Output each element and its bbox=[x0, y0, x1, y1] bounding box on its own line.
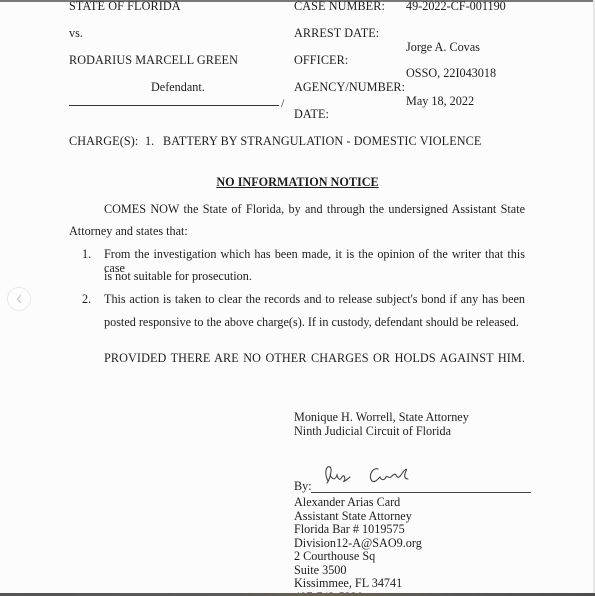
address-street: 2 Courthouse Sq bbox=[294, 550, 422, 564]
attorney-contact-block: Alexander Arias Card Assistant State Att… bbox=[294, 496, 422, 596]
division-email: Division12-A@SAO9.org bbox=[294, 537, 422, 551]
florida-bar-number: Florida Bar # 1019575 bbox=[294, 523, 422, 537]
charge-number: 1. bbox=[145, 134, 154, 148]
intro-line-2: Attorney and states that: bbox=[69, 224, 188, 238]
case-number-value: 49-2022-CF-001190 bbox=[406, 0, 506, 13]
date-value: May 18, 2022 bbox=[406, 94, 474, 108]
date-label: DATE: bbox=[294, 107, 329, 121]
item-2-number: 2. bbox=[82, 292, 91, 306]
notice-title: NO INFORMATION NOTICE bbox=[0, 175, 595, 190]
agency-label: AGENCY/NUMBER: bbox=[294, 80, 405, 94]
address-suite: Suite 3500 bbox=[294, 564, 422, 578]
by-label: By: bbox=[294, 479, 312, 493]
charges-label: CHARGE(S): bbox=[69, 134, 138, 148]
state-attorney: Monique H. Worrell, State Attorney bbox=[294, 410, 469, 424]
arrest-date-label: ARREST DATE: bbox=[294, 26, 379, 40]
item-2-line-2: posted responsive to the above charge(s)… bbox=[104, 315, 519, 329]
caption-slash: / bbox=[281, 96, 284, 111]
officer-label: OFFICER: bbox=[294, 53, 348, 67]
officer-value: Jorge A. Covas bbox=[406, 40, 480, 54]
item-2-line-1: This action is taken to clear the record… bbox=[104, 292, 525, 306]
defendant-label: Defendant. bbox=[151, 80, 205, 94]
chevron-left-icon bbox=[15, 294, 23, 304]
attorney-name: Alexander Arias Card bbox=[294, 496, 422, 510]
caption-rule bbox=[69, 105, 279, 106]
carousel-prev-button[interactable] bbox=[7, 287, 31, 311]
caption-vs: vs. bbox=[69, 26, 83, 40]
caption-state: STATE OF FLORIDA bbox=[69, 0, 181, 13]
proviso: PROVIDED THERE ARE NO OTHER CHARGES OR H… bbox=[104, 351, 525, 365]
defendant-name: RODARIUS MARCELL GREEN bbox=[69, 53, 238, 67]
item-1-line-2: is not suitable for prosecution. bbox=[104, 269, 252, 283]
item-1-number: 1. bbox=[82, 247, 91, 261]
charge-text: BATTERY BY STRANGULATION - DOMESTIC VIOL… bbox=[163, 134, 481, 148]
handwritten-signature bbox=[318, 461, 428, 489]
case-number-label: CASE NUMBER: bbox=[294, 0, 385, 13]
agency-value: OSSO, 22I043018 bbox=[406, 66, 496, 80]
judicial-circuit: Ninth Judicial Circuit of Florida bbox=[294, 424, 451, 438]
intro-line-1: COMES NOW the State of Florida, by and t… bbox=[104, 202, 525, 216]
signature-line bbox=[311, 492, 531, 493]
attorney-title: Assistant State Attorney bbox=[294, 510, 422, 524]
address-city: Kissimmee, FL 34741 bbox=[294, 577, 422, 591]
